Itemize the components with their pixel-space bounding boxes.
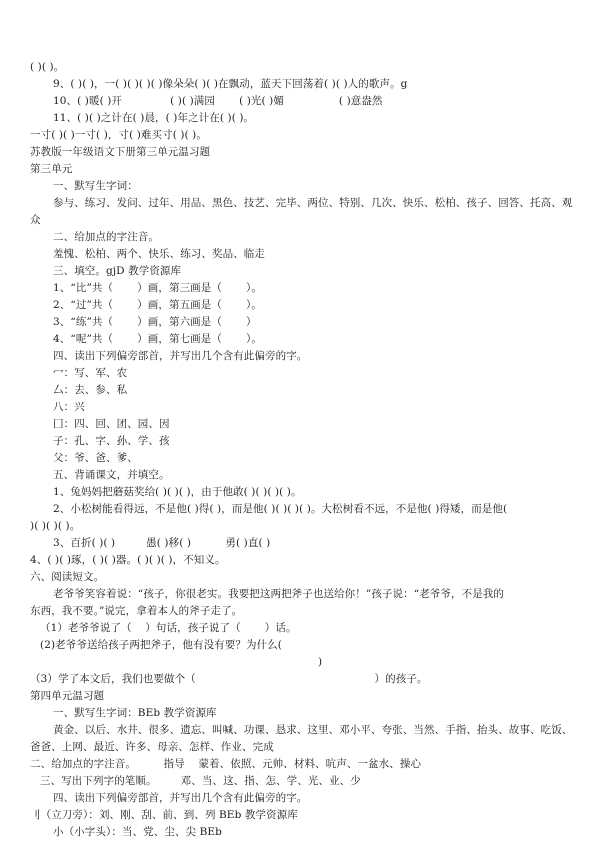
text-line: 四、读出下列偏旁部首，并写出几个含有此偏旁的字。 (53, 349, 307, 363)
text-line: 3、“练”共（ ）画，第六画是（ ） (53, 315, 257, 329)
text-line: （3）学了本文后，我们也要做个（ ）的孩子。 (30, 672, 428, 686)
text-line: 厶：去、参、私 (53, 383, 127, 397)
text-line: 10、( )暖( )开 ( )( )满园 ( )光( )媚 ( )意盎然 (53, 94, 383, 108)
text-line: 四、读出下列偏旁部首，并写出几个含有此偏旁的字。 (53, 791, 307, 805)
text-line: 众 (30, 213, 41, 227)
text-line: 一、默写生字词： (53, 179, 138, 193)
text-line: 9、( )( )，一( )( )( )( )像朵朵( )( )在飘动，蓝天下回荡… (53, 77, 408, 91)
text-line: 八：兴 (53, 400, 85, 414)
text-line: ( )( )。 (30, 60, 64, 74)
text-line: 4、( )( )琢，( )( )器。( )( )( )，不知义。 (30, 553, 226, 567)
text-line: 羞愧、松柏、两个、快乐、练习、奖品、临走 (53, 247, 265, 261)
text-line: 三、填空。gjD 教学资源库 (53, 264, 181, 278)
text-line: 六、阅读短文。 (30, 570, 104, 584)
text-line: 11、( )( )之计在( )晨，( )年之计在( )( )。 (53, 111, 254, 125)
text-line: 刂（立刀旁）：刘、刚、刮、前、到、列 BEb 教学资源库 (30, 808, 298, 822)
text-line: 老爷爷笑容着说：“孩子，你很老实。我要把这两把斧子也送给你！”孩子说：“老爷爷，… (53, 587, 504, 601)
text-line: 3、百折( )( ) 愚( )移( ) 勇( )直( ) (53, 536, 270, 550)
document-page: ( )( )。9、( )( )，一( )( )( )( )像朵朵( )( )在飘… (0, 0, 596, 842)
text-line: 二、给加点的字注音。 (53, 230, 159, 244)
text-line: 1、“比”共（ ）画，第三画是（ ）。 (53, 281, 262, 295)
text-line: 苏教版一年级语文下册第三单元温习题 (30, 145, 210, 159)
text-line: 子：孔、字、孙、学、孩 (53, 434, 170, 448)
text-line: ) (318, 655, 322, 669)
text-line: 一寸( )( )一寸( )，寸( )难买寸( )( )。 (30, 128, 207, 142)
text-line: （1）老爷爷说了（ ）句话，孩子说了（ ）话。 (40, 621, 297, 635)
text-line: 一、默写生字词：BEb 教学资源库 (53, 706, 217, 720)
text-line: 二、给加点的字注音。 指导 蒙着、依照、元帅、材料、吭声、一盆水、操心 (30, 757, 421, 771)
text-line: 五、背诵课文，并填空。 (53, 468, 170, 482)
text-line: 囗：四、回、团、园、因 (53, 417, 170, 431)
text-line: 小（小字头）：当、党、尘、尖 BEb (53, 825, 222, 839)
text-line: 4、“呢”共（ ）画，第七画是（ ）。 (53, 332, 262, 346)
text-line: 1、兔妈妈把蘑菇奖给( )( )( )，由于他敢( )( )( )( )。 (53, 485, 302, 499)
text-line: 父：爷、爸、爹、 (53, 451, 138, 465)
text-line: 冖：写、军、农 (53, 366, 127, 380)
text-line: )( )( )( )。 (30, 519, 80, 533)
text-line: 爸爸、上网、最近、许多、母亲、怎样、作业、完成 (30, 740, 274, 754)
text-line: 参与、练习、发问、过年、用品、黑色、技艺、完毕、两位、特别、几次、快乐、松柏、孩… (53, 196, 572, 210)
text-line: 2、“过”共（ ）画，第五画是（ ）。 (53, 298, 262, 312)
text-line: 三、写出下列字的笔顺。 邓、当、这、指、怎、学、光、业、少 (40, 774, 361, 788)
text-line: 东西，我不要。”说完，拿着本人的斧子走了。 (30, 604, 242, 618)
text-line: (2)老爷爷送给孩子两把斧子，他有没有要？为什么( (40, 638, 282, 652)
text-line: 黄金、以后、水井、很多、遗忘、叫喊、功课、恳求、这里、邓小平、夸张、当然、手指、… (53, 723, 572, 737)
text-line: 第四单元温习题 (30, 689, 104, 703)
text-line: 2、小松树能看得远，不是他( )得( )，而是他( )( )( )( )。大松树… (53, 502, 507, 516)
text-line: 第三单元 (30, 162, 72, 176)
